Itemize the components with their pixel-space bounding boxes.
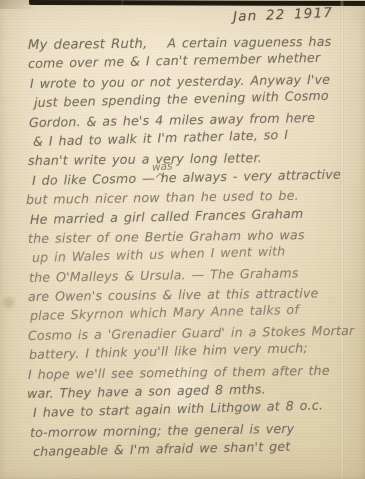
paper-blemish	[3, 297, 14, 308]
interlinear-insertion: was	[152, 160, 173, 173]
letter-date: Jan 22 1917	[233, 5, 334, 25]
salutation: My dearest Ruth,	[28, 37, 148, 53]
letter-page: Jan 22 1917 My dearest Ruth,A certain va…	[0, 0, 365, 479]
letter-body: My dearest Ruth,A certain vagueness has …	[28, 35, 365, 462]
